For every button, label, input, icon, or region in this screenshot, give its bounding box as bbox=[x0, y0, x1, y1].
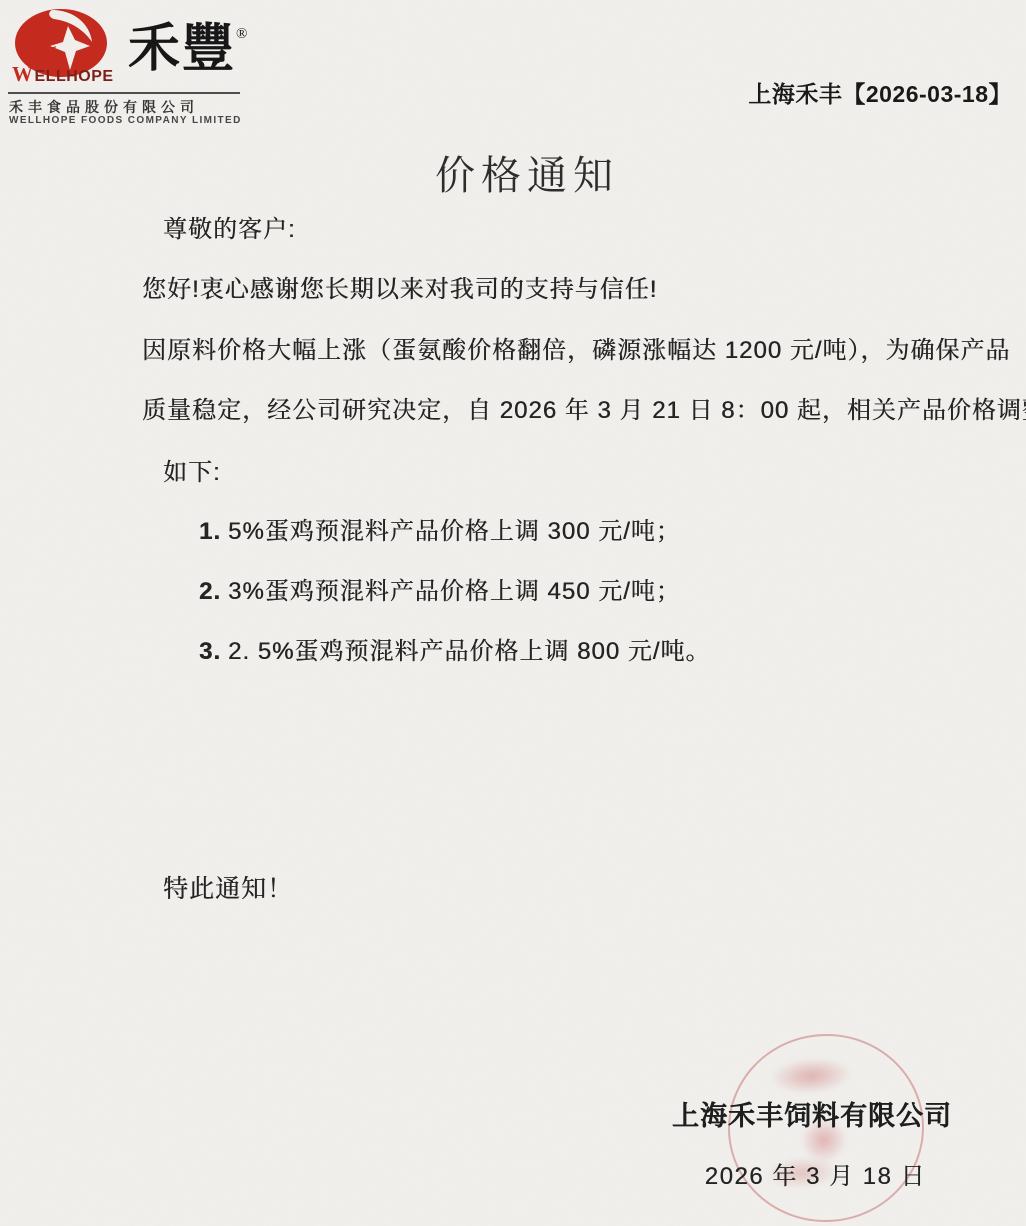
document-page: WELLHOPE 禾豐® 禾丰食品股份有限公司 WELLHOPE FOODS C… bbox=[0, 0, 1026, 1226]
logo-brand-cn-text: 禾豐 bbox=[128, 21, 236, 78]
signature-company: 上海禾丰饲料有限公司 bbox=[672, 1094, 952, 1133]
letterhead-company-en: WELLHOPE FOODS COMPANY LIMITED bbox=[9, 115, 242, 126]
price-item-2: 2.3%蛋鸡预混料产品价格上调 450 元/吨； bbox=[199, 571, 681, 606]
salutation: 尊敬的客户: bbox=[163, 209, 296, 244]
letterhead-company-cn: 禾丰食品股份有限公司 bbox=[9, 97, 199, 117]
letterhead-divider bbox=[8, 92, 240, 94]
item-text: 3%蛋鸡预混料产品价格上调 450 元/吨； bbox=[228, 578, 681, 605]
document-ref-number: 上海禾丰【2026-03-18】 bbox=[748, 76, 1012, 109]
item-number: 3. bbox=[199, 638, 221, 665]
item-number: 1. bbox=[199, 518, 221, 545]
paragraph-line-3: 如下: bbox=[163, 452, 221, 487]
paragraph-line-1: 因原料价格大幅上涨（蛋氨酸价格翻倍，磷源涨幅达 1200 元/吨），为确保产品 bbox=[142, 330, 1010, 365]
item-text: 2. 5%蛋鸡预混料产品价格上调 800 元/吨。 bbox=[228, 638, 710, 665]
price-item-3: 3.2. 5%蛋鸡预混料产品价格上调 800 元/吨。 bbox=[199, 631, 710, 666]
company-letterhead: WELLHOPE 禾豐® 禾丰食品股份有限公司 WELLHOPE FOODS C… bbox=[6, 4, 246, 129]
registered-trademark-icon: ® bbox=[236, 26, 249, 42]
greeting-line: 您好!衷心感谢您长期以来对我司的支持与信任! bbox=[142, 269, 657, 304]
signature-date: 2026 年 3 月 18 日 bbox=[705, 1156, 926, 1191]
stamp-faint-mark bbox=[771, 1056, 851, 1095]
closing-line: 特此通知！ bbox=[163, 869, 293, 905]
paragraph-line-2: 质量稳定，经公司研究决定，自 2026 年 3 月 21 日 8：00 起，相关… bbox=[142, 390, 1026, 425]
item-text: 5%蛋鸡预混料产品价格上调 300 元/吨； bbox=[228, 518, 681, 545]
logo-brand-en: WELLHOPE bbox=[12, 62, 114, 87]
logo-brand-cn: 禾豐® bbox=[128, 6, 249, 81]
logo-brand-en-rest: ELLHOPE bbox=[35, 68, 114, 85]
price-item-1: 1.5%蛋鸡预混料产品价格上调 300 元/吨； bbox=[199, 511, 681, 546]
item-number: 2. bbox=[199, 578, 221, 605]
page-title: 价格通知 bbox=[0, 144, 1026, 201]
logo-w-glyph: W bbox=[12, 62, 34, 86]
